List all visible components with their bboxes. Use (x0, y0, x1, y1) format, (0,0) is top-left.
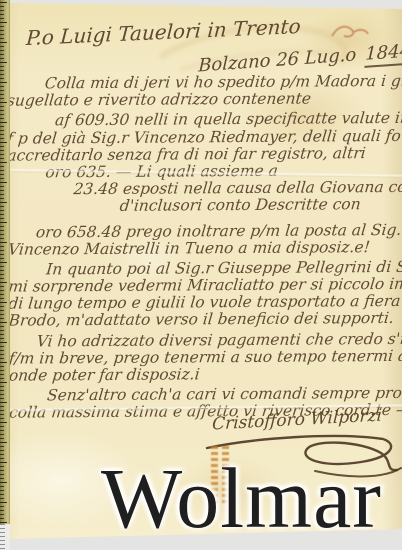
scan-ruler (0, 0, 10, 524)
red-ink-mark (330, 22, 370, 44)
letter-document: P.o Luigi Tauelori in Trento Bolzano 26 … (0, 0, 402, 550)
letter-line: Brodo, m'adattato verso il beneficio dei… (8, 310, 402, 330)
scan-ruler-extension (0, 524, 10, 550)
letter-line: sugellato e riverito adrizzo contenente (6, 90, 402, 110)
letter-line: onde poter far disposiz.i (8, 365, 402, 385)
letter-body: Colla mia di jeri vi ho spedito p/m Mado… (29, 73, 402, 422)
date-year: 1844 (365, 41, 402, 68)
letter-line: d'inclusori conto Descritte con (119, 196, 402, 216)
letter-line: Vincenzo Maistrelli in Tueno a mia dispo… (7, 238, 402, 258)
wolmar-watermark: Wolmar (101, 455, 382, 541)
